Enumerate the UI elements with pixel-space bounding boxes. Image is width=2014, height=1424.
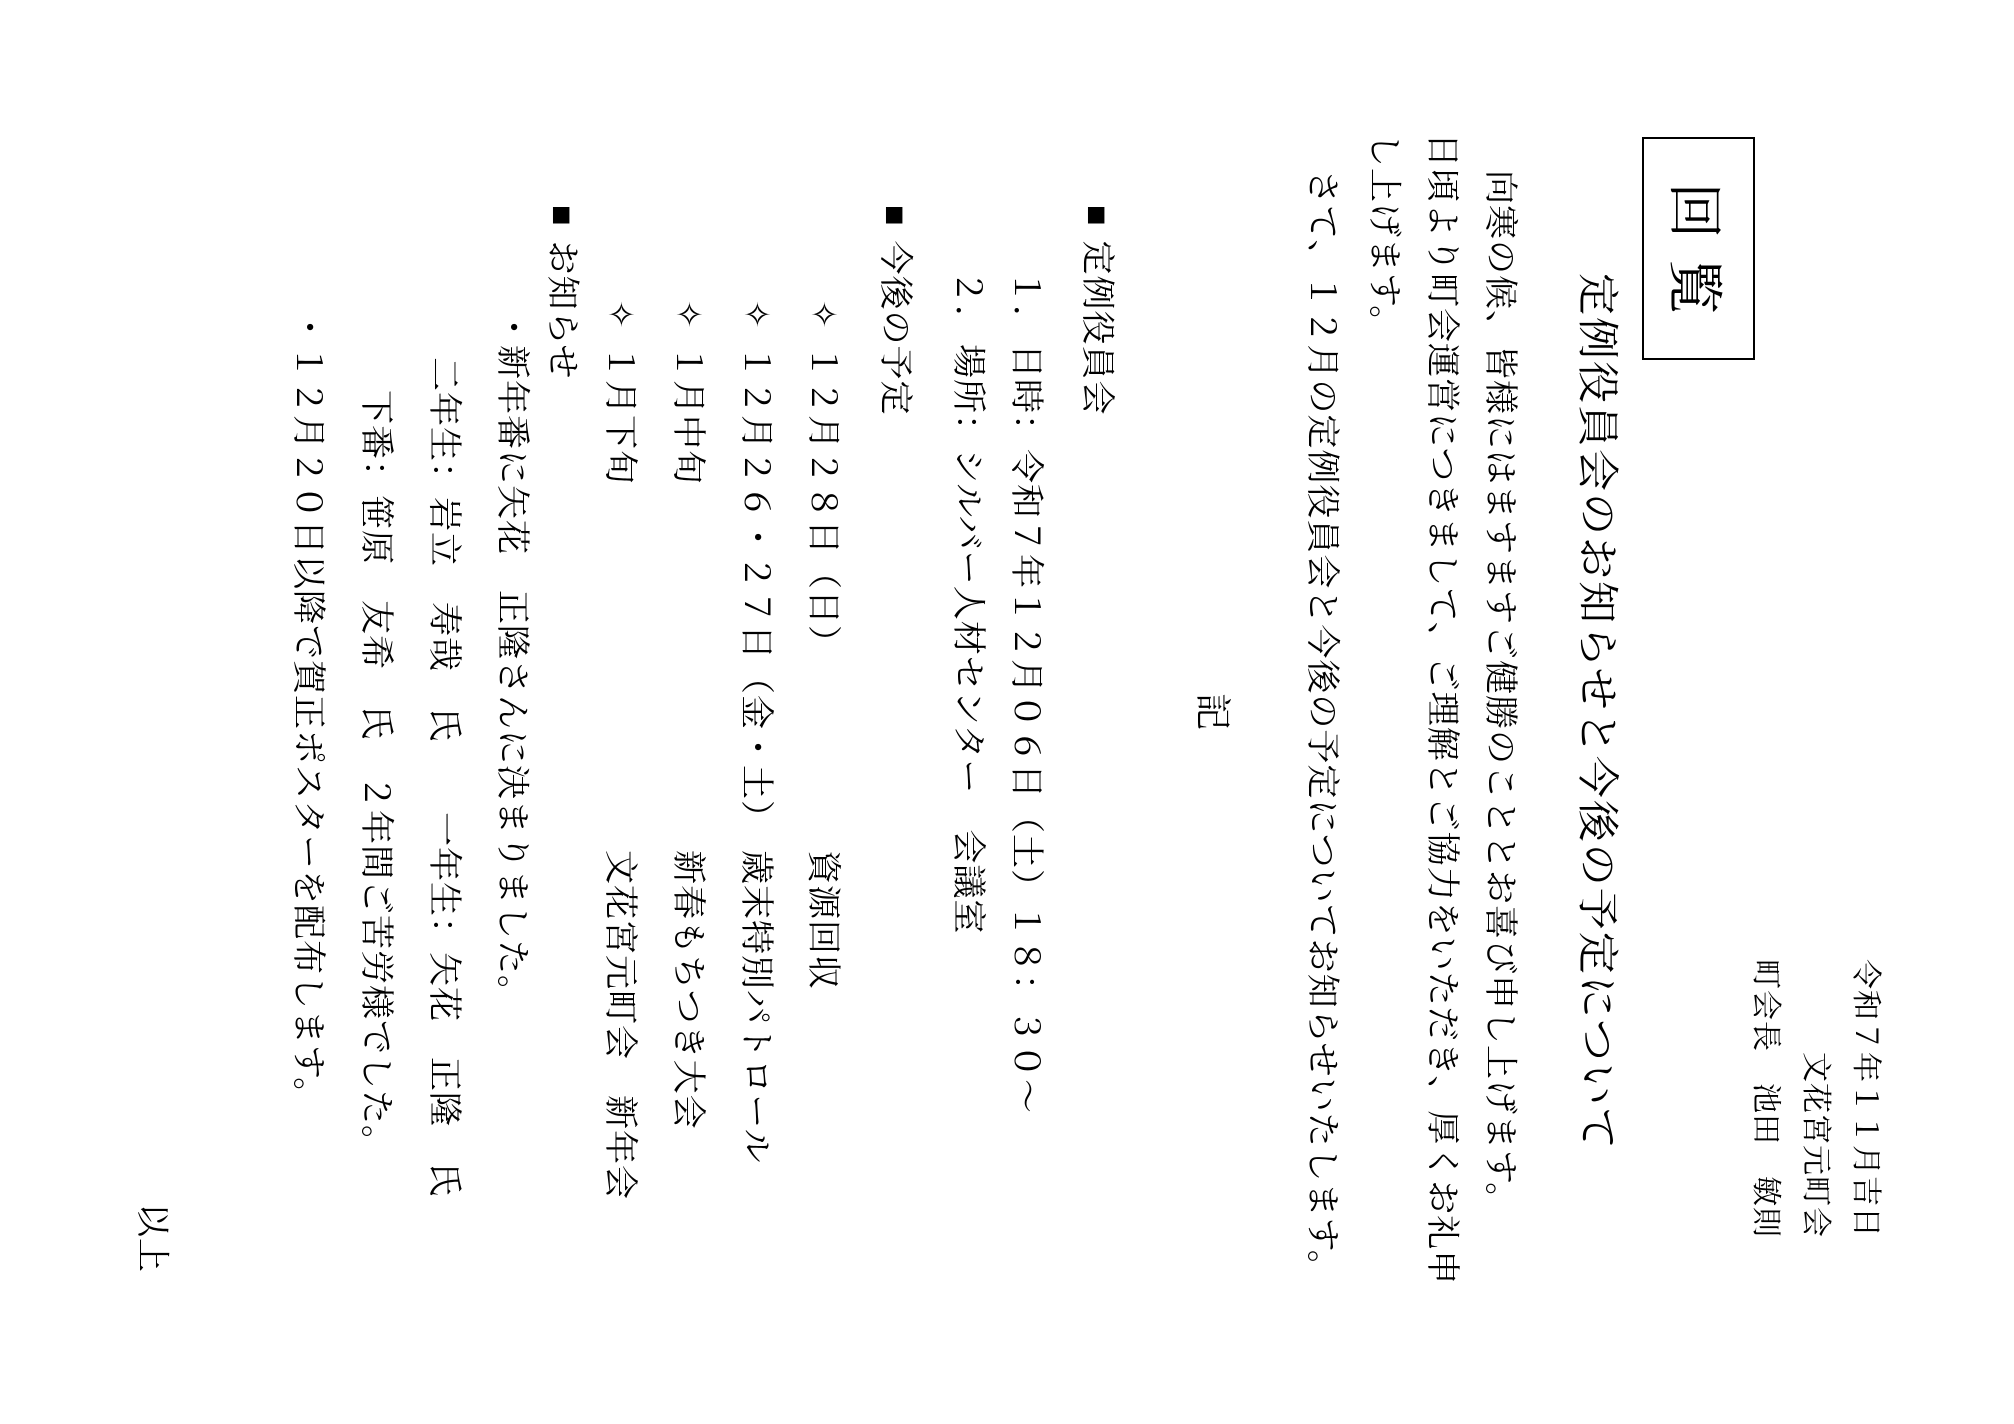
section-heading-label: 今後の予定 [876, 241, 913, 416]
schedule-desc: 文花宮元町会 新年会 [600, 850, 639, 1200]
schedule-row: ✧ １月下旬 文花宮元町会 新年会 [597, 0, 639, 1424]
schedule-date: １２月２６・２７日（金・土） [736, 345, 775, 835]
organization-name: 文花宮元町会 [1798, 0, 1833, 1238]
notice-text: １２月２０日以降で賀正ポスターを配布します。 [289, 345, 326, 1112]
closing-marker: 以上 [132, 0, 171, 1273]
notice-text: 新年番に矢花 正隆さんに決まりました。 [493, 345, 530, 1010]
schedule-date: １２月２８日（日） [803, 345, 842, 660]
notice-row: ・１２月２０日以降で賀正ポスターを配布します。 [288, 310, 327, 1112]
item-number: １． [1007, 270, 1044, 340]
circulation-stamp-box: 回覧 [1642, 137, 1755, 360]
section-heading-label: お知らせ [543, 241, 580, 380]
dot-bullet-icon: ・ [289, 310, 326, 345]
notice-text: 二年生：岩立 寿哉 氏 一年生：矢花 正隆 氏 [425, 357, 462, 1197]
issue-date: 令和７年１１月吉日 [1848, 0, 1883, 1238]
item-number: ２． [949, 270, 986, 340]
section-heading-upcoming: ■今後の予定 [875, 205, 914, 416]
schedule-row: ✧ １月中旬 新春もちつき大会 [665, 0, 707, 1424]
schedule-desc: 資源回収 [803, 850, 842, 990]
page-title: 定例役員会のお知らせと今後の予定について [1572, 0, 1620, 1424]
schedule-date: １月下旬 [600, 345, 639, 485]
schedule-desc: 新春もちつき大会 [668, 850, 707, 1130]
four-pointed-star-bullet-icon: ✧ [803, 300, 842, 330]
filled-square-bullet-icon: ■ [1078, 205, 1115, 227]
notice-text: 下番：笹原 友希 氏 ２年間ご苦労様でした。 [357, 390, 394, 1160]
dot-bullet-icon: ・ [493, 310, 530, 345]
schedule-row: ✧ １２月２６・２７日（金・土） 歳末特別パトロール [733, 0, 775, 1424]
screenshot-root: { "stamp": { "label": "回覧" }, "header": … [0, 0, 2014, 1424]
notice-row: 二年生：岩立 寿哉 氏 一年生：矢花 正隆 氏 [424, 357, 463, 1197]
section-heading-notices: ■お知らせ [542, 205, 581, 380]
filled-square-bullet-icon: ■ [543, 205, 580, 227]
greeting-line-2: 日頃より町会運営につきまして、ご理解とご協力をいただき、厚くお礼申 [1422, 133, 1461, 1285]
document-page: 令和７年１１月吉日 文花宮元町会 町会長 池田 敏則 回覧 定例役員会のお知らせ… [0, 0, 2014, 1424]
four-pointed-star-bullet-icon: ✧ [600, 300, 639, 330]
schedule-desc: 歳末特別パトロール [736, 850, 775, 1164]
record-marker: 記 [1189, 0, 1232, 1424]
four-pointed-star-bullet-icon: ✧ [736, 300, 775, 330]
greeting-line-3: し上げます。 [1364, 133, 1403, 340]
notice-row: ・新年番に矢花 正隆さんに決まりました。 [492, 310, 531, 1010]
board-item-place: ２．場所：シルバー人材センター 会議室 [948, 270, 987, 934]
board-item-datetime: １．日時：令和７年１２月０６日（土）１８：３０～ [1006, 270, 1045, 1114]
greeting-line-1: 向寒の候、皆様にはますますご健勝のこととお喜び申し上げます。 [1480, 170, 1519, 1217]
section-heading-board-meeting: ■定例役員会 [1077, 205, 1116, 416]
intro-line: さて、１２月の定例役員会と今後の予定についてお知らせいたします。 [1302, 170, 1341, 1285]
section-heading-label: 定例役員会 [1078, 241, 1115, 416]
item-text: 場所：シルバー人材センター 会議室 [949, 344, 986, 934]
schedule-date: １月中旬 [668, 345, 707, 485]
item-text: 日時：令和７年１２月０６日（土）１８：３０～ [1007, 344, 1044, 1114]
circulation-stamp-label: 回覧 [1659, 163, 1739, 335]
notice-row: 下番：笹原 友希 氏 ２年間ご苦労様でした。 [356, 390, 395, 1160]
four-pointed-star-bullet-icon: ✧ [668, 300, 707, 330]
schedule-row: ✧ １２月２８日（日） 資源回収 [800, 0, 842, 1424]
filled-square-bullet-icon: ■ [876, 205, 913, 227]
